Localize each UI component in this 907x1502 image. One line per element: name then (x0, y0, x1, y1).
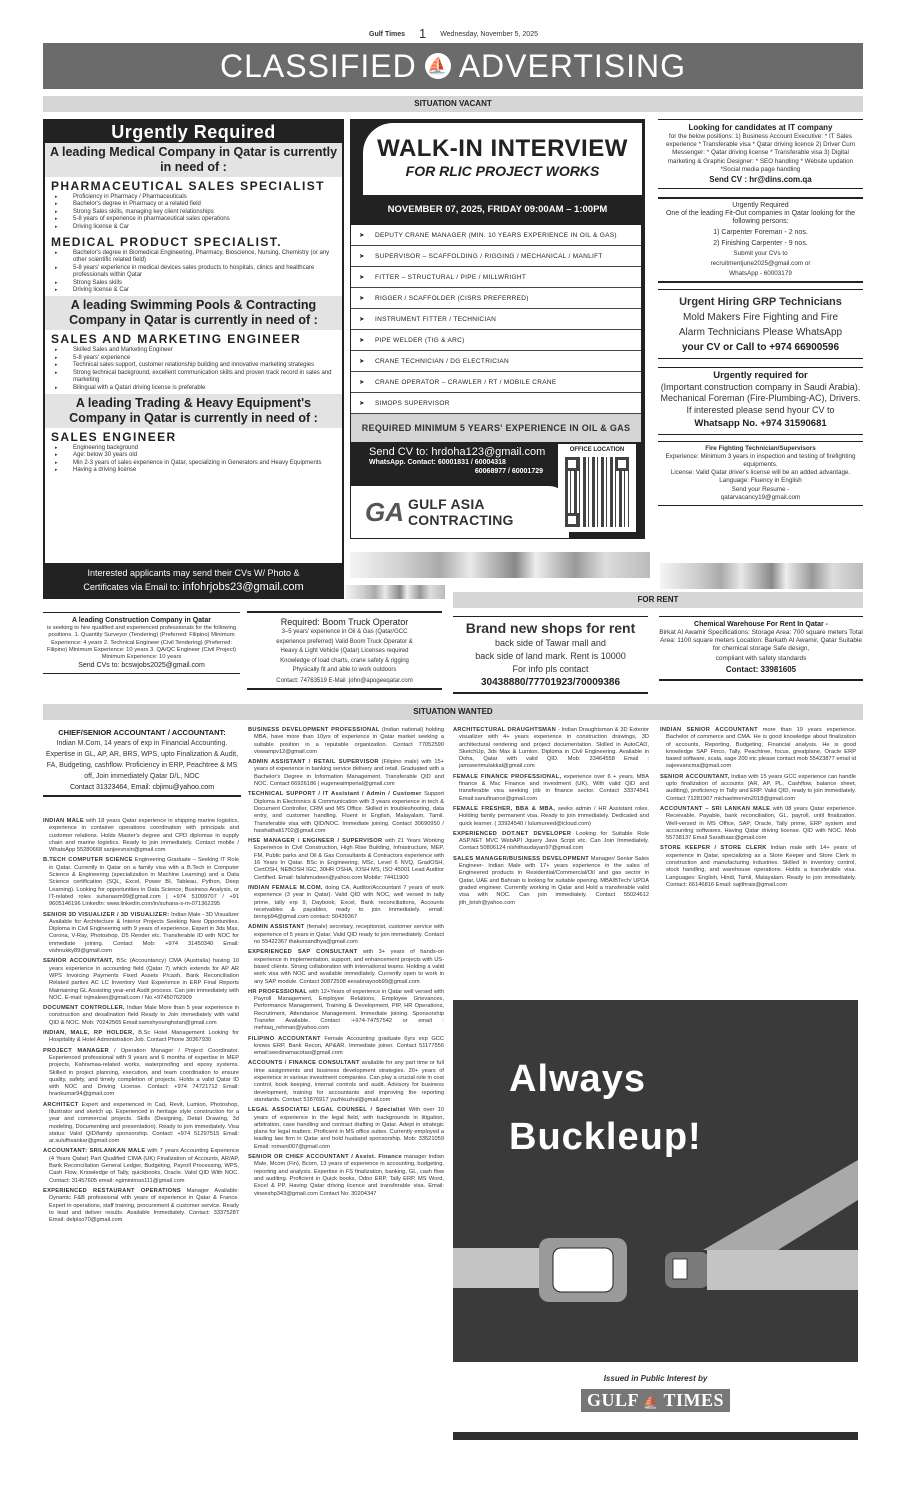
fire-ad-line: Experience: Minimum 3 years in inspectio… (658, 453, 863, 469)
boom-truck-line: Physically fit and able to work outdoors (247, 666, 442, 676)
walkin-title: WALK-IN INTERVIEW (363, 135, 642, 163)
construction-title: A leading Construction Company in Qatar (43, 616, 240, 625)
email-link[interactable]: infohrjobs23@gmail.com (182, 581, 303, 593)
wanted-listing: FEMALE FINANCE PROFESSIONAL, experience … (453, 774, 649, 803)
company-branding: GA GULF ASIA CONTRACTING (351, 486, 569, 538)
arrow-icon: ➤ (359, 330, 375, 351)
fitout-ad-whatsapp: WhatsApp - 60003179 (658, 269, 863, 279)
saudi-ad-title: Urgently required for (658, 370, 863, 382)
job-item: ➤SUPERVISOR – SCAFFOLDING / RIGGING / ME… (351, 246, 641, 267)
requirement: Driving license & Car (55, 224, 336, 231)
wanted-listing: INDIAN SENIOR ACCOUNTANT more than 19 ye… (660, 727, 856, 771)
buckle-up-psa: Always Buckleup! (453, 1000, 858, 1362)
fire-ad-line: Language: Fluency in English (658, 477, 863, 485)
wanted-listing: INDIAN, MALE, RP HOLDER, B.Sc Hotel Mana… (43, 1030, 239, 1045)
job-item: ➤DEPUTY CRANE MANAGER (MIN. 10 YEARS EXP… (351, 225, 641, 246)
boom-truck-contact[interactable]: Contact: 74763519 E-Mail :john@apogeeqat… (247, 676, 442, 686)
banner-left-text: CLASSIFIED (220, 48, 417, 85)
it-ad-contact[interactable]: Send CV : hr@dins.com.qa (658, 174, 863, 185)
requirement: Age: below 30 years old (55, 452, 336, 459)
arrow-icon: ➤ (359, 372, 375, 393)
grp-ad-contact: your CV or Call to +974 66900596 (658, 340, 863, 355)
wanted-listing: ARCHITECT Expert and experienced in Cad,… (43, 1102, 239, 1146)
fitout-ad-line: 1) Carpenter Foreman - 2 nos. (658, 227, 863, 238)
job-item: ➤CRANE TECHNICIAN / DG ELECTRICIAN (351, 351, 641, 372)
job-list: ➤DEPUTY CRANE MANAGER (MIN. 10 YEARS EXP… (351, 225, 641, 414)
boom-truck-line: Heavy & Light Vehicle (Qatar) Licenses r… (247, 647, 442, 657)
section-situation-vacant: SITUATION VACANT (43, 96, 863, 112)
wanted-listing: HSE MANAGER / ENGINEER / SUPERVISOR with… (248, 838, 444, 882)
position-title: PHARMACEUTICAL SALES SPECIALIST (45, 177, 342, 194)
wanted-listing: EXPERIENCED RESTAURANT OPERATIONS Manage… (43, 1188, 239, 1224)
requirement-banner: REQUIRED MINIMUM 5 YEARS' EXPERIENCE IN … (351, 414, 641, 442)
wanted-listing: INDIAN FEMALE M.COM, doing CA, Auditor/A… (248, 885, 444, 921)
footer-line: Interested applicants may send their CVs… (45, 566, 342, 580)
send-cv-email[interactable]: Send CV to: hrdoha123@gmail.com (369, 446, 551, 458)
job-item: ➤SIMOPS SUPERVISOR (351, 393, 641, 414)
warehouse-body: Birkat Al Awamir Specifications: Storage… (659, 629, 863, 654)
position-title: MEDICAL PRODUCT SPECIALIST. (45, 233, 342, 250)
requirement: Having a driving license (55, 467, 336, 474)
shops-title: Brand new shops for rent (453, 619, 648, 637)
requirement: Bachelor's degree in Pharmacy or a relat… (55, 201, 336, 208)
decorative-ribbon (345, 585, 445, 599)
paper-name: Gulf Times (369, 31, 405, 38)
section-for-rent: FOR RENT (453, 592, 863, 608)
qr-label: OFFICE LOCATION (558, 447, 636, 453)
company-intro: A leading Medical Company in Qatar is cu… (45, 143, 342, 177)
warehouse-contact: Contact: 33981605 (659, 664, 863, 676)
office-location-qr[interactable]: OFFICE LOCATION (558, 444, 636, 532)
arrow-icon: ➤ (359, 351, 375, 372)
ad-footer: Interested applicants may send their CVs… (45, 563, 342, 597)
banner-right-text: ADVERTISING (459, 48, 686, 85)
fitout-ad-title: Urgently Required (658, 202, 863, 210)
qr-code-icon (565, 457, 629, 527)
psa-credit: Issued in Public Interest by GULF ⛵ TIME… (453, 1374, 858, 1412)
wanted-listing: ARCHITECTURAL DRAUGHTSMAN - Indian Draug… (453, 727, 649, 771)
wanted-listing: FILIPINO ACCOUNTANT Female Accounting gr… (248, 1036, 444, 1058)
fitout-ad-submit: Submit your CVs to (658, 249, 863, 259)
wanted-listing: SALES MANAGER/BUSINESS DEVELOPMENT Manag… (453, 856, 649, 907)
wanted-listing: SENIOR ACCOUNTANT, Indian with 15 years … (660, 774, 856, 803)
fire-ad-line: License: Valid Qatar driver's license wi… (658, 469, 863, 477)
saudi-ad-line: If interested please send hyour CV to (658, 404, 863, 417)
boom-truck-line: 3–5 years' experience in Oil & Gas (Qata… (247, 628, 442, 638)
wanted-listing: ADMIN ASSISTANT (female) secretary, rece… (248, 924, 444, 946)
wanted-listing: FEMALE FRESHER, BBA & MBA, seeks admin /… (453, 806, 649, 828)
section-situation-wanted: SITUATION WANTED (43, 704, 863, 720)
requirement: Bachelor's degree in Biomedical Engineer… (55, 250, 336, 265)
whatsapp-line: WhatsApp. Contact: 60001831 / 60004318 (369, 458, 551, 467)
requirement: Strong Sales skills, managing key client… (55, 209, 336, 216)
wanted-listing: ACCOUNTANT: SRILANKAN MALE with 7 years … (43, 1148, 239, 1184)
walkin-header: WALK-IN INTERVIEW FOR RLIC PROJECT WORKS (363, 123, 642, 195)
requirements-list: Engineering background Age: below 30 yea… (45, 445, 342, 477)
grp-ad-title: Urgent Hiring GRP Technicians (658, 294, 863, 310)
wanted-listing: HR PROFESSIONAL with 12+Years of experie… (248, 989, 444, 1033)
boom-truck-line: experience preferred) Valid Boom Truck O… (247, 638, 442, 648)
warehouse-line: compliant with safety standards (659, 654, 863, 664)
urgently-required-ad: Urgently Required A leading Medical Comp… (43, 119, 344, 599)
boom-truck-line: Knowledge of load charts, crane safety &… (247, 657, 442, 667)
requirement: 5-8 years' experience (55, 355, 336, 362)
arrow-icon: ➤ (359, 309, 375, 330)
shops-for-rent-ad: Brand new shops for rent back side of Ta… (453, 616, 648, 694)
requirements-list: Skilled Sales and Marketing Engineer 5-8… (45, 347, 342, 393)
company-intro: A leading Trading & Heavy Equipment's Co… (45, 394, 342, 428)
job-item: ➤CRANE OPERATOR – CRAWLER / RT / MOBILE … (351, 372, 641, 393)
job-item: ➤PIPE WELDER (TIG & ARC) (351, 330, 641, 351)
fitout-ad-email[interactable]: recruitmentjune2025@gmail.com or (658, 259, 863, 269)
requirement: Engineering background (55, 445, 336, 452)
it-ad-body: for the below positions: 1) Business Acc… (658, 133, 863, 166)
requirement: 5-8 years of experience in pharmaceutica… (55, 216, 336, 223)
walkin-contact: Send CV to: hrdoha123@gmail.com WhatsApp… (351, 442, 551, 482)
featured-contact: Contact 31323464, Email: cbjimu@yahoo.co… (43, 782, 241, 793)
whatsapp-line: 60068977 / 60001729 (369, 467, 551, 476)
job-item: ➤INSTRUMENT FITTER / TECHNICIAN (351, 309, 641, 330)
wanted-column-4: INDIAN SENIOR ACCOUNTANT more than 19 ye… (660, 727, 856, 892)
ad-header: Urgently Required (45, 121, 342, 143)
requirement: Skilled Sales and Marketing Engineer (55, 347, 336, 354)
wanted-listing: EXPERIENCED DOT.NET DEVELOPER Looking fo… (453, 831, 649, 853)
wanted-listing: DOCUMENT CONTROLLER, Indian Male More th… (43, 1005, 239, 1027)
gulf-times-logo: GULF ⛵ TIMES (581, 1389, 730, 1412)
requirement: Bilingual with a Qatari driving license … (55, 385, 336, 392)
footer-line: Certificates via Email to: (83, 582, 180, 592)
wanted-listing: SENIOR 3D VISUALIZER / 3D VISUALIZER: In… (43, 912, 239, 956)
shops-line: For info pls contact (453, 663, 648, 676)
wanted-listing: ACCOUNTS / FINANCE CONSULTANT available … (248, 1060, 444, 1104)
requirement: 5-8 years' experience in medical devices… (55, 265, 336, 280)
wanted-listing: EXPERIENCED SAP CONSULTANT with 3+ years… (248, 949, 444, 985)
dhow-boat-icon: ⛵ (643, 1395, 658, 1409)
issue-date: Wednesday, November 5, 2025 (440, 31, 538, 38)
featured-wanted-ad: CHIEF/SENIOR ACCOUNTANT / ACCOUNTANT: In… (43, 727, 241, 797)
right-ads-column: Looking for candidates at IT company for… (658, 119, 863, 506)
boom-truck-ad: Required: Boom Truck Operator 3–5 years'… (247, 611, 442, 690)
decorative-ribbon (350, 552, 650, 578)
it-ad-title: Looking for candidates at IT company (658, 123, 863, 133)
wanted-listing: PROJECT MANAGER / Operation Manager / Pr… (43, 1048, 239, 1099)
classified-banner: CLASSIFIED ⛵ ADVERTISING (43, 43, 863, 89)
walk-in-interview-ad: WALK-IN INTERVIEW FOR RLIC PROJECT WORKS… (350, 119, 645, 539)
requirements-list: Proficiency in Pharmacy / Pharmaceutical… (45, 194, 342, 233)
arrow-icon: ➤ (359, 267, 375, 288)
construction-body: is seeking to hire qualified and experie… (43, 625, 240, 661)
fire-ad-title: Fire Fighting Technician/Supervisors (658, 445, 863, 453)
requirement: Technical sales support, customer relati… (55, 362, 336, 369)
arrow-icon: ➤ (359, 288, 375, 309)
grp-ad-line: Mold Makers Fire Fighting and Fire (658, 310, 863, 325)
warehouse-title: Chemical Warehouse For Rent In Qatar - (659, 620, 863, 629)
shops-contact: 30438880/77701923/70009386 (453, 676, 648, 690)
fitout-ad-line: 2) Finishing Carpenter - 9 nos. (658, 238, 863, 249)
wanted-listing: STORE KEEPER / STORE CLERK Indian male w… (660, 845, 856, 889)
job-item: ➤RIGGER / SCAFFOLDER (CISRS PREFERRED) (351, 288, 641, 309)
masthead-top: Gulf Times 1 Wednesday, November 5, 2025 (0, 26, 907, 41)
shops-line: back side of Tawar mall and (453, 637, 648, 650)
walkin-subtitle: FOR RLIC PROJECT WORKS (363, 163, 642, 179)
construction-company-ad: A leading Construction Company in Qatar … (43, 612, 240, 674)
position-title: SALES ENGINEER (45, 428, 342, 445)
wanted-listing: B.TECH COMPUTER SCIENCE Engineering Grad… (43, 857, 239, 908)
decorative-ribbon (660, 563, 863, 589)
wanted-listing: ADMIN ASSISTANT / RETAIL SUPERVISOR (Fil… (248, 759, 444, 788)
wanted-listing: ACCOUNTANT – SRI LANKAN MALE with 08 yea… (660, 806, 856, 842)
dhow-boat-icon: ⛵ (425, 53, 451, 79)
gulf-asia-logo-icon: GA (365, 497, 404, 528)
warehouse-ad: Chemical Warehouse For Rent In Qatar - B… (659, 616, 863, 681)
boom-truck-title: Required: Boom Truck Operator (247, 616, 442, 628)
fire-ad-email[interactable]: qatarvacancy19@gmail.com (658, 494, 863, 502)
featured-body: Indian M.Com, 14 years of exp in Financi… (43, 738, 241, 782)
arrow-icon: ➤ (359, 225, 375, 246)
wanted-column-2: BUSINESS DEVELOPMENT PROFESSIONAL (India… (248, 727, 444, 1201)
wanted-listing: INDIAN MALE with 18 years Qatar experien… (43, 818, 239, 854)
wanted-listing: SENIOR ACCOUNTANT, BSc (Accountancy) CMA… (43, 958, 239, 1002)
grp-ad-line: Alarm Technicians Please WhatsApp (658, 325, 863, 340)
arrow-icon: ➤ (359, 246, 375, 267)
saudi-ad-body: (Important construction company in Saudi… (658, 382, 863, 404)
wanted-listing: SENIOR OR CHIEF ACCOUNTANT / Assist. Fin… (248, 1154, 444, 1198)
requirement: Min 2-3 years of sales experience in Qat… (55, 460, 336, 467)
fire-ad-line: Send your Resume - (658, 486, 863, 494)
wanted-column-3: ARCHITECTURAL DRAUGHTSMAN - Indian Draug… (453, 727, 649, 910)
requirements-list: Bachelor's degree in Biomedical Engineer… (45, 250, 342, 296)
shops-line: back side of land mark. Rent is 10000 (453, 650, 648, 663)
job-item: ➤FITTER – STRUCTURAL / PIPE / MILLWRIGHT (351, 267, 641, 288)
arrow-icon: ➤ (359, 393, 375, 414)
psa-issued-by: Issued in Public Interest by (453, 1374, 858, 1383)
page-number: 1 (419, 26, 426, 41)
psa-bottom-bar (453, 1432, 858, 1440)
company-name: GULF ASIA CONTRACTING (408, 496, 569, 528)
position-title: SALES AND MARKETING ENGINEER (45, 330, 342, 347)
it-ad-extra: *Social media page handling (658, 166, 863, 174)
company-intro: A leading Swimming Pools & Contracting C… (45, 296, 342, 330)
requirement: Strong Sales skills (55, 280, 336, 287)
wanted-listing: TECHNICAL SUPPORT / IT Assistant / Admin… (248, 791, 444, 835)
requirement: Strong technical background, excellent c… (55, 370, 336, 385)
wanted-listing: BUSINESS DEVELOPMENT PROFESSIONAL (India… (248, 727, 444, 756)
seatbelt-icon (453, 1000, 858, 1362)
wanted-column-1: INDIAN MALE with 18 years Qatar experien… (43, 818, 239, 1227)
interview-date: NOVEMBER 07, 2025, FRIDAY 09:00AM – 1:00… (351, 195, 644, 225)
construction-contact[interactable]: Send CVs to: bcswjobs2025@gmail.com (43, 661, 240, 670)
wanted-listing: LEGAL ASSOCIATE/ LEGAL COUNSEL / Special… (248, 1107, 444, 1151)
featured-title: CHIEF/SENIOR ACCOUNTANT / ACCOUNTANT: (43, 727, 241, 738)
fitout-ad-body: One of the leading Fit-Out companies in … (658, 210, 863, 226)
saudi-ad-contact: Whatsapp No. +974 31590681 (658, 417, 863, 430)
requirement: Proficiency in Pharmacy / Pharmaceutical… (55, 194, 336, 201)
requirement: Driving license & Car (55, 287, 336, 294)
